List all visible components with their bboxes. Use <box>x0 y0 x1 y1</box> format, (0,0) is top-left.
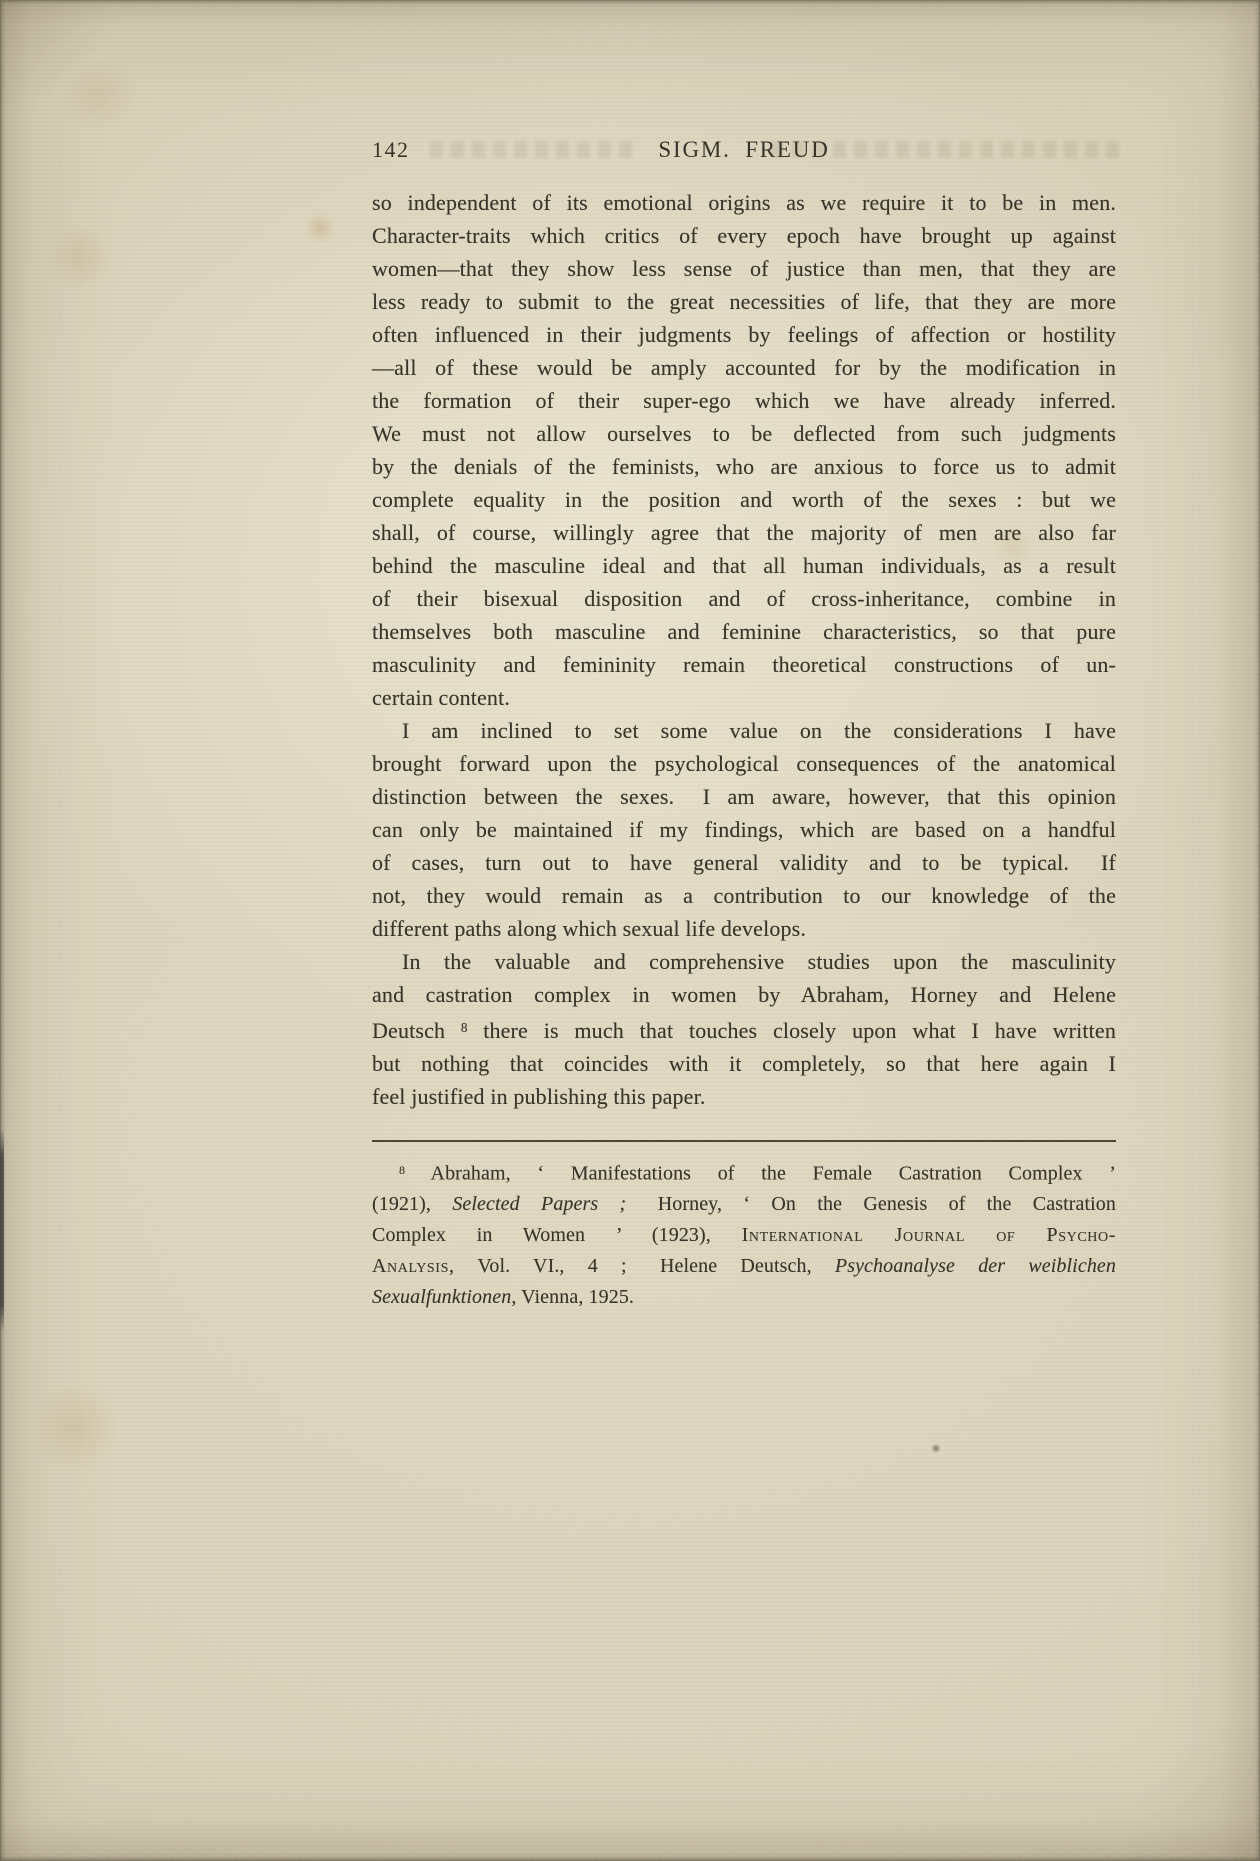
text-segment: Analysis, <box>372 1255 455 1277</box>
text-segment: Psychoanalyse der weiblichen <box>835 1255 1116 1277</box>
text-segment: Horney, ‘ On the Genesis of the Castrati… <box>626 1193 1116 1215</box>
text-line: I am inclined to set some value on the c… <box>372 714 1116 747</box>
text-segment: Abraham, ‘ Manifestations of the Female … <box>405 1162 1116 1184</box>
text-segment: by the denials of the feminists, who are… <box>372 454 1116 479</box>
text-segment: different paths along which sexual life … <box>372 916 806 941</box>
text-segment: Sexualfunktionen <box>372 1286 511 1308</box>
text-line: Analysis, Vol. VI., 4 ; Helene Deutsch, … <box>372 1251 1116 1282</box>
text-segment: distinction between the sexes. I am awar… <box>372 784 1116 809</box>
text-segment: (1921), <box>372 1193 452 1215</box>
running-head: SIGM. FREUD <box>372 133 1116 166</box>
text-line: less ready to submit to the great necess… <box>372 285 1116 318</box>
text-segment: certain content. <box>372 685 510 710</box>
paper-stain <box>303 213 337 243</box>
page-number: 142 <box>372 133 410 166</box>
paper-speck <box>931 1444 941 1453</box>
text-segment: , Vienna, 1925. <box>511 1286 634 1308</box>
text-line: different paths along which sexual life … <box>372 912 1116 945</box>
footnote-text: 8 Abraham, ‘ Manifestations of the Femal… <box>372 1155 1116 1313</box>
text-line: In the valuable and comprehensive studie… <box>372 945 1116 978</box>
text-segment: of their bisexual disposition and of cro… <box>372 586 1116 611</box>
text-line: often influenced in their judgments by f… <box>372 318 1116 351</box>
text-line: distinction between the sexes. I am awar… <box>372 780 1116 813</box>
text-segment: less ready to submit to the great necess… <box>372 289 1116 314</box>
text-line: masculinity and femininity remain theore… <box>372 648 1116 681</box>
text-line: We must not allow ourselves to be deflec… <box>372 417 1116 450</box>
scan-edge-mark <box>0 1128 4 1333</box>
text-segment: In the valuable and comprehensive studie… <box>402 949 1116 974</box>
text-segment: behind the masculine ideal and that all … <box>372 553 1116 578</box>
text-line: by the denials of the feminists, who are… <box>372 450 1116 483</box>
body-text: so independent of its emotional origins … <box>372 186 1116 1113</box>
text-segment: masculinity and femininity remain theore… <box>372 652 1116 677</box>
text-line: the formation of their super-ego which w… <box>372 384 1116 417</box>
text-line: women—that they show less sense of justi… <box>372 252 1116 285</box>
text-line: of cases, turn out to have general valid… <box>372 846 1116 879</box>
text-segment: We must not allow ourselves to be deflec… <box>372 421 1116 446</box>
text-line: Complex in Women ’ (1923), International… <box>372 1220 1116 1251</box>
text-line: 8 Abraham, ‘ Manifestations of the Femal… <box>372 1155 1116 1189</box>
text-segment: so independent of its emotional origins … <box>372 190 1116 215</box>
text-segment: Selected Papers ; <box>452 1193 626 1215</box>
text-line: —all of these would be amply accounted f… <box>372 351 1116 384</box>
text-line: and castration complex in women by Abrah… <box>372 978 1116 1011</box>
paper-stain <box>55 58 140 130</box>
text-line: Sexualfunktionen, Vienna, 1925. <box>372 1282 1116 1313</box>
text-segment: Vol. VI., 4 ; Helene Deutsch, <box>455 1255 835 1277</box>
text-segment: feel justified in publishing this paper. <box>372 1084 706 1109</box>
text-line: so independent of its emotional origins … <box>372 186 1116 219</box>
text-segment: can only be maintained if my findings, w… <box>372 817 1116 842</box>
scanned-book-page: 142 SIGM. FREUD so independent of its em… <box>0 0 1260 1861</box>
text-segment: Deutsch <box>372 1018 461 1043</box>
page-header: 142 SIGM. FREUD <box>372 133 1116 166</box>
text-line: of their bisexual disposition and of cro… <box>372 582 1116 615</box>
text-line: Deutsch 8 there is much that touches clo… <box>372 1011 1116 1047</box>
text-segment: often influenced in their judgments by f… <box>372 322 1116 347</box>
text-segment: but nothing that coincides with it compl… <box>372 1051 1116 1076</box>
text-segment: not, they would remain as a contribution… <box>372 883 1116 908</box>
text-segment: of cases, turn out to have general valid… <box>372 850 1116 875</box>
text-segment: Character-traits which critics of every … <box>372 223 1116 248</box>
text-line: brought forward upon the psychological c… <box>372 747 1116 780</box>
text-segment: brought forward upon the psychological c… <box>372 751 1116 776</box>
footnote-separator-rule <box>372 1140 1116 1142</box>
text-line: Character-traits which critics of every … <box>372 219 1116 252</box>
text-line: (1921), Selected Papers ; Horney, ‘ On t… <box>372 1189 1116 1220</box>
text-segment: and castration complex in women by Abrah… <box>372 982 1116 1007</box>
text-segment: Complex in Women ’ (1923), <box>372 1224 742 1246</box>
text-segment: I am inclined to set some value on the c… <box>402 718 1116 743</box>
text-line: can only be maintained if my findings, w… <box>372 813 1116 846</box>
text-line: but nothing that coincides with it compl… <box>372 1047 1116 1080</box>
text-segment: women—that they show less sense of justi… <box>372 256 1116 281</box>
text-segment: themselves both masculine and feminine c… <box>372 619 1116 644</box>
text-segment: shall, of course, willingly agree that t… <box>372 520 1116 545</box>
text-line: certain content. <box>372 681 1116 714</box>
text-segment: complete equality in the position and wo… <box>372 487 1116 512</box>
text-segment: there is much that touches closely upon … <box>467 1018 1116 1043</box>
text-line: behind the masculine ideal and that all … <box>372 549 1116 582</box>
text-line: complete equality in the position and wo… <box>372 483 1116 516</box>
text-segment: the formation of their super-ego which w… <box>372 388 1116 413</box>
text-segment: —all of these would be amply accounted f… <box>372 355 1116 380</box>
text-line: feel justified in publishing this paper. <box>372 1080 1116 1113</box>
text-line: shall, of course, willingly agree that t… <box>372 516 1116 549</box>
paper-stain <box>42 225 116 289</box>
text-line: themselves both masculine and feminine c… <box>372 615 1116 648</box>
paper-stain <box>28 1385 123 1470</box>
text-line: not, they would remain as a contribution… <box>372 879 1116 912</box>
text-segment: International Journal of Psycho- <box>742 1224 1116 1246</box>
